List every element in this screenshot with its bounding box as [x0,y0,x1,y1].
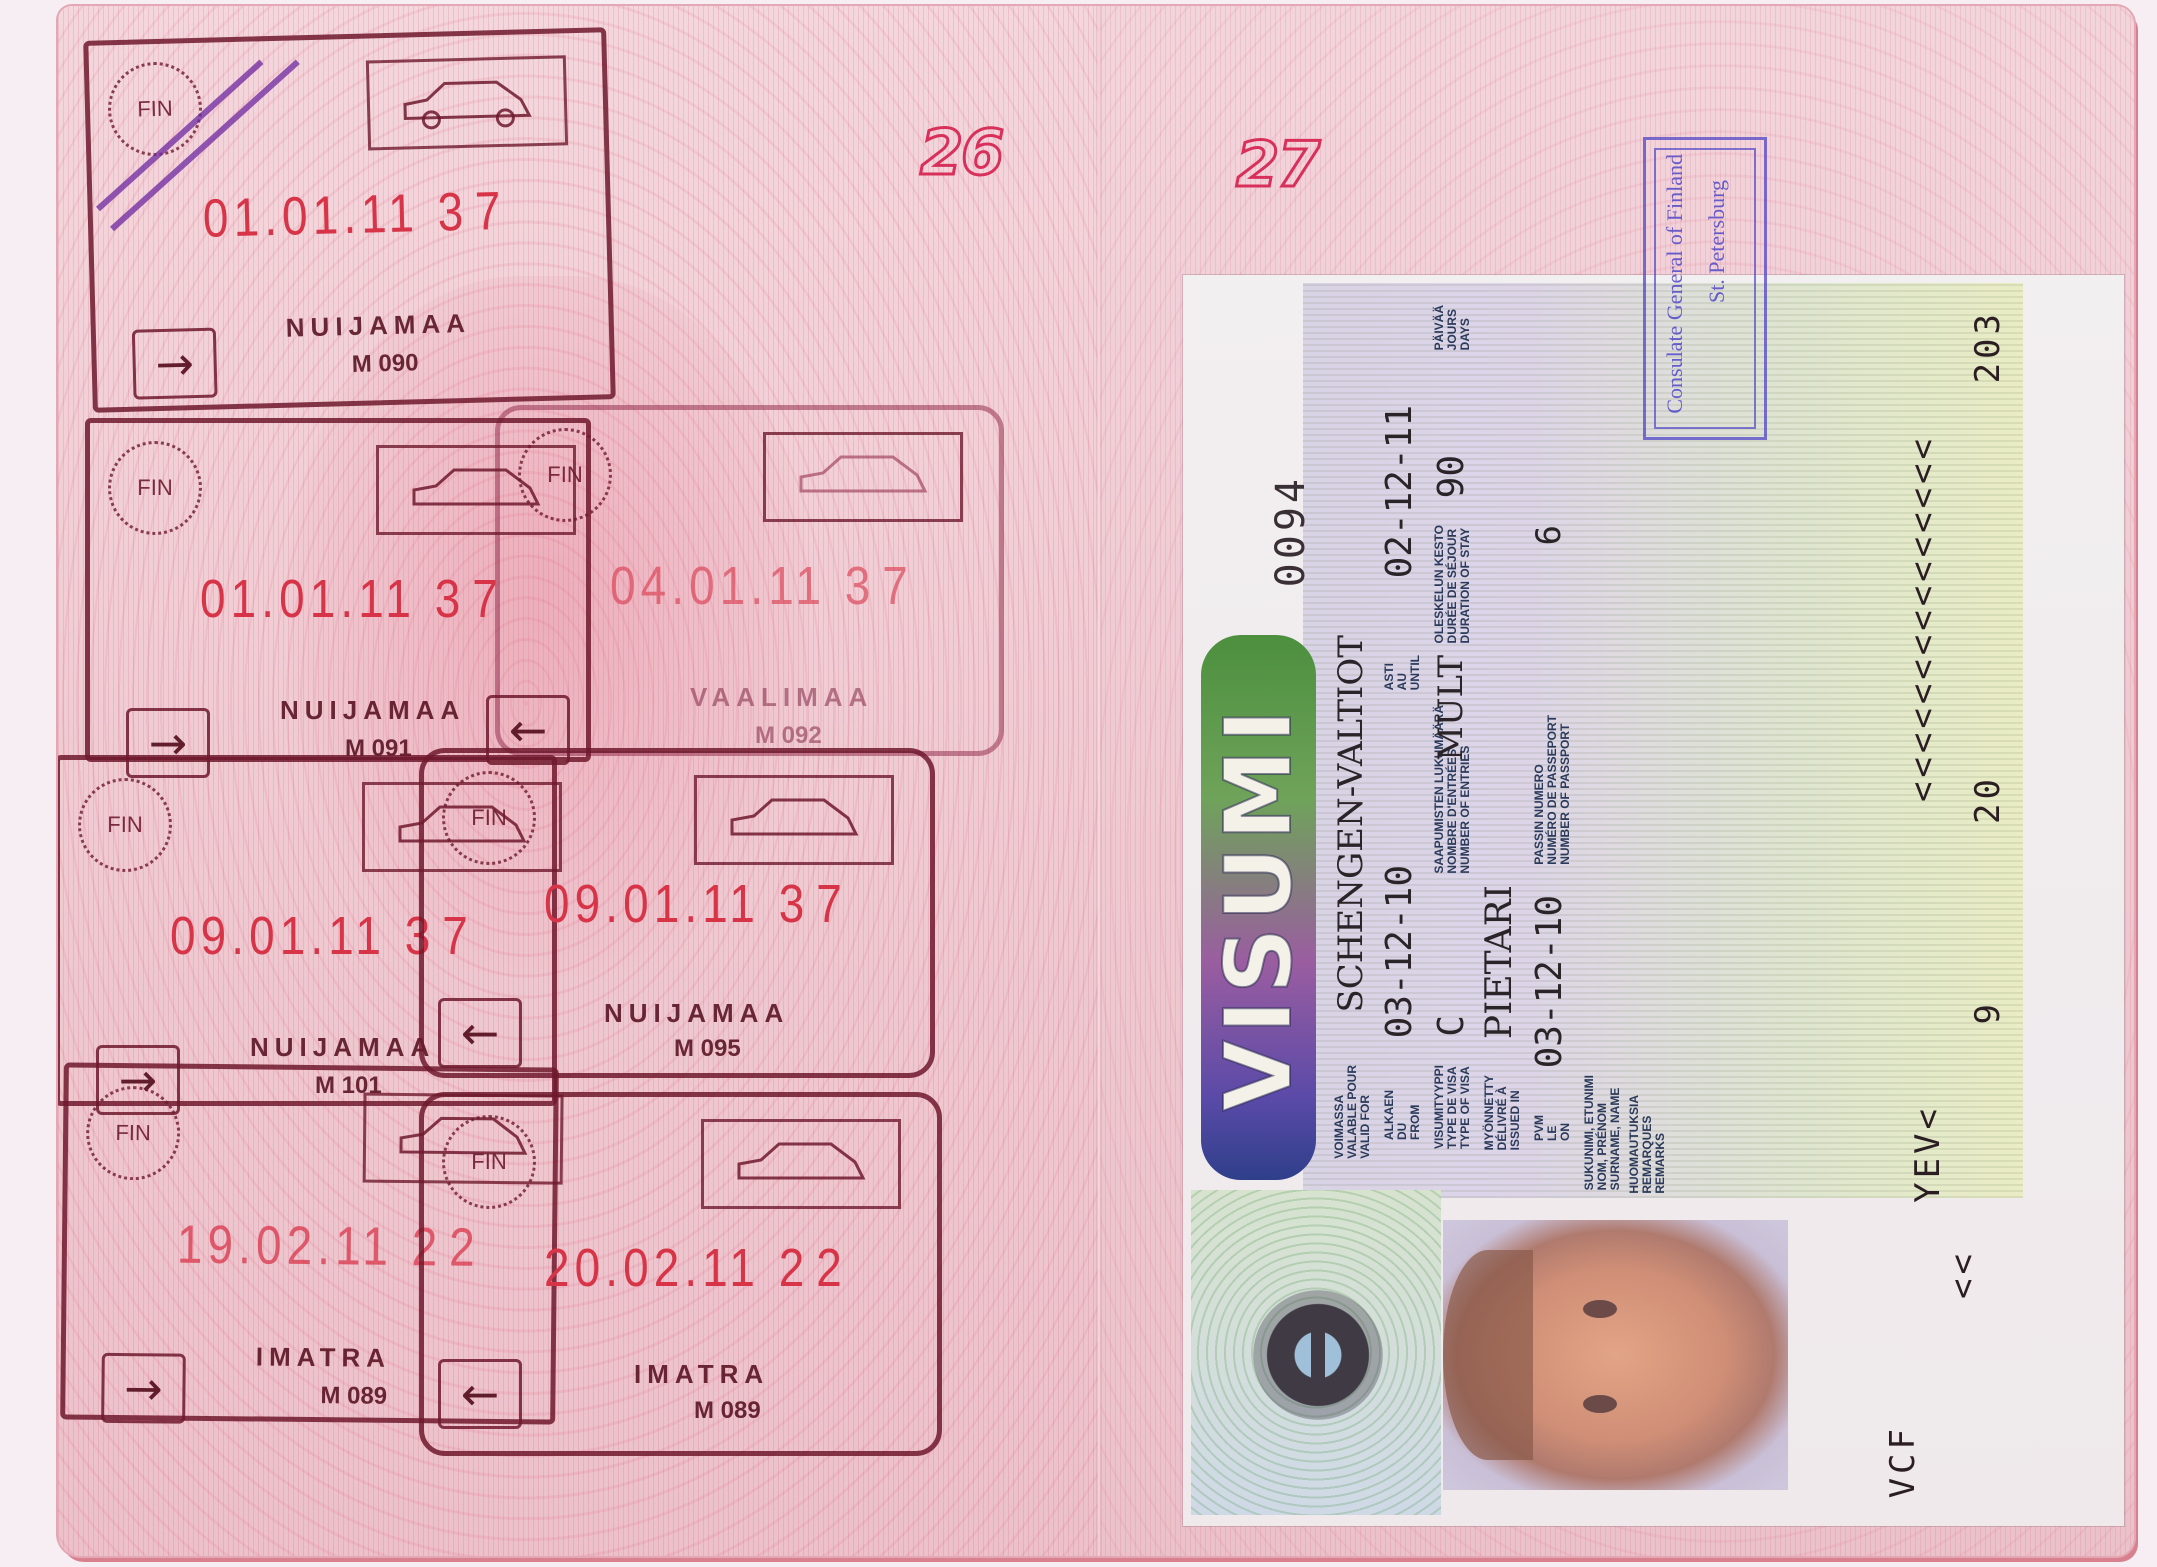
stamp-place: IMATRA [256,1341,391,1373]
mrz-line-2-start: VCF [1883,1425,1923,1498]
eu-stars-icon: FIN [108,441,202,535]
value-entries: MULT [1431,655,1471,761]
value-from: 03-12-10 [1379,865,1420,1038]
visa-number: 0094 [1268,475,1314,587]
stamp-place: NUIJAMAA [604,998,789,1029]
mrz-line-1: <<<<<<<<<<<<<<< [1903,435,1943,802]
label-until: ASTI AU UNTIL [1383,655,1422,690]
stamp-country: FIN [137,96,173,123]
label-issued-in: MYÖNNETTY DÉLIVRÉ À ISSUED IN [1483,1075,1522,1150]
passport-spine [1096,6,1102,1556]
stamp-post: M 089 [694,1397,761,1425]
label-on: PVM LE ON [1533,1115,1572,1141]
label-from: ALKAEN DU FROM [1383,1090,1422,1140]
stamp-post: M 089 [320,1382,387,1411]
consulate-stamp: Consulate General of Finland St. Petersb… [1643,137,1767,440]
mrz-line-2-mid: << [1943,1250,1983,1299]
label-surname-name: SUKUNIMI, ETUNIMI NOM, PRÉNOM SURNAME, N… [1583,1075,1622,1190]
visa-banner: VISUMI [1201,635,1316,1180]
car-icon [366,55,568,150]
stamp-date: 20.02.1122 [544,1237,854,1299]
value-duration: 90 [1431,455,1472,498]
car-icon [376,445,576,535]
stamp-place: NUIJAMAA [285,308,471,344]
eu-stars-icon: FIN [442,771,536,865]
mrz-line-1-mid: 20 [1968,775,2008,824]
car-icon [694,775,894,865]
arrow-right-icon: → [101,1353,186,1424]
eu-stars-icon: FIN [107,61,203,157]
schengen-visa-sticker: VISUMI 0094 VOIMASSA VALABLE POUR VALID … [1183,275,2124,1526]
border-stamp: FIN 09.01.1137 NUIJAMAA M 095 ← [419,748,935,1078]
mrz-line-1-tail: 203 [1968,310,2008,383]
label-remarks: HUOMAUTUKSIA REMARQUES REMARKS [1628,1095,1667,1194]
border-stamp: FIN 01.01.1137 NUIJAMAA M 090 → [83,27,616,413]
value-on: 03-12-10 [1529,895,1570,1068]
label-valid-for: VOIMASSA VALABLE POUR VALID FOR [1333,1065,1372,1159]
visa-hologram-area [1191,1190,1441,1515]
mrz-line-1-end: 9 [1968,1000,2008,1024]
value-type: C [1431,1015,1472,1037]
value-valid-for: SCHENGEN-VALTIOT [1331,635,1371,1013]
label-passport-number: PASSIN NUMERO NUMÉRO DE PASSEPORT NUMBER… [1533,715,1572,865]
label-duration: OLESKELUN KESTO DURÉE DE SÉJOUR DURATION… [1433,525,1472,643]
stamp-place: VAALIMAA [690,682,873,713]
page-number-left: 26 [920,116,1002,189]
stamp-post: M 090 [351,349,418,379]
arrow-left-icon: ← [438,998,522,1068]
stamp-place: IMATRA [634,1359,769,1390]
value-until: 02-12-11 [1379,405,1420,578]
border-stamp: FIN 01.01.1137 NUIJAMAA M 091 → [85,418,591,762]
mrz-line-2-tail: YEV< [1908,1105,1948,1203]
stamp-date: 01.01.1137 [200,568,510,630]
car-icon [701,1119,901,1209]
stamp-date: 01.01.1137 [202,180,513,250]
page-number-right: 27 [1236,128,1318,201]
eu-emblem-icon [1253,1290,1383,1420]
stamp-place: NUIJAMAA [250,1032,435,1063]
consulate-name: Consulate General of Finland [1662,154,1688,414]
stamp-date: 09.01.1137 [544,873,854,935]
border-stamp: FIN 20.02.1122 IMATRA M 089 ← [419,1092,942,1456]
arrow-left-icon: ← [438,1359,522,1429]
consulate-city: St. Petersburg [1704,180,1730,303]
eu-stars-icon: FIN [78,778,172,872]
arrow-right-icon: → [132,328,218,400]
eu-stars-icon: FIN [86,1086,181,1181]
value-issued-in: PIETARI [1479,885,1520,1039]
label-type: VISUMITYYPPI TYPE DE VISA TYPE OF VISA [1433,1065,1472,1149]
passport-spread: 26 27 FIN 01.01.1137 NUIJAMAA M 090 → FI… [58,6,2134,1556]
eu-stars-icon: FIN [442,1115,536,1209]
value-passport-number: 6 [1529,525,1569,545]
stamp-post: M 092 [755,722,822,750]
stamp-post: M 095 [674,1035,741,1063]
stamp-date: 04.01.1137 [610,555,920,617]
label-days: PÄIVÄÄ JOURS DAYS [1433,305,1472,350]
car-icon [763,432,963,522]
stamp-place: NUIJAMAA [280,695,465,726]
holder-photo [1443,1220,1788,1490]
